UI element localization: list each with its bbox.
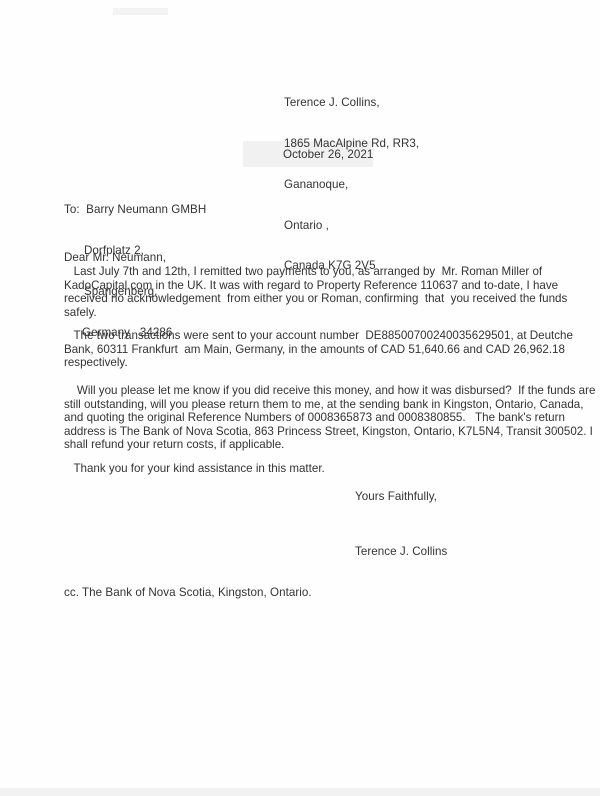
scan-edge (0, 788, 600, 796)
paragraph-line: Thank you for your kind assistance in th… (64, 462, 600, 476)
body-paragraph: Thank you for your kind assistance in th… (64, 462, 600, 476)
letter-page: Terence J. Collins, 1865 MacAlpine Rd, R… (0, 0, 600, 796)
sender-address-line: Ontario , (284, 219, 419, 233)
paragraph-line: The two transactions were sent to your a… (64, 329, 600, 343)
body-paragraph: Will you please let me know if you did r… (64, 384, 600, 452)
salutation: Dear Mr. Neumann, (64, 251, 166, 265)
scan-artifact (113, 8, 168, 15)
body-paragraph: The two transactions were sent to your a… (64, 329, 600, 370)
paragraph-line: safely. (64, 306, 600, 320)
sender-address-line: Gananoque, (284, 178, 419, 192)
letter-date: October 26, 2021 (283, 148, 373, 162)
paragraph-line: still outstanding, will you please retur… (64, 398, 600, 412)
recipient-prefix: To: (64, 203, 80, 216)
recipient-name: Barry Neumann GMBH (86, 203, 206, 216)
body-paragraph: Last July 7th and 12th, I remitted two p… (64, 265, 600, 319)
paragraph-line: KadoCapital.com in the UK. It was with r… (64, 279, 600, 293)
signature-name: Terence J. Collins (355, 545, 447, 559)
cc-line: cc. The Bank of Nova Scotia, Kingston, O… (64, 586, 312, 600)
paragraph-line: Bank, 60311 Frankfurt am Main, Germany, … (64, 343, 600, 357)
closing: Yours Faithfully, (355, 490, 437, 504)
paragraph-line: and quoting the original Reference Numbe… (64, 411, 600, 425)
paragraph-line: Last July 7th and 12th, I remitted two p… (64, 265, 600, 279)
scan-speck (555, 427, 558, 430)
paragraph-line: address is The Bank of Nova Scotia, 863 … (64, 425, 600, 439)
paragraph-line: received no acknowledgement from either … (64, 292, 600, 306)
sender-name: Terence J. Collins, (284, 96, 419, 110)
paragraph-line: respectively. (64, 356, 600, 370)
paragraph-line: shall refund your return costs, if appli… (64, 438, 600, 452)
paragraph-line: Will you please let me know if you did r… (64, 384, 600, 398)
